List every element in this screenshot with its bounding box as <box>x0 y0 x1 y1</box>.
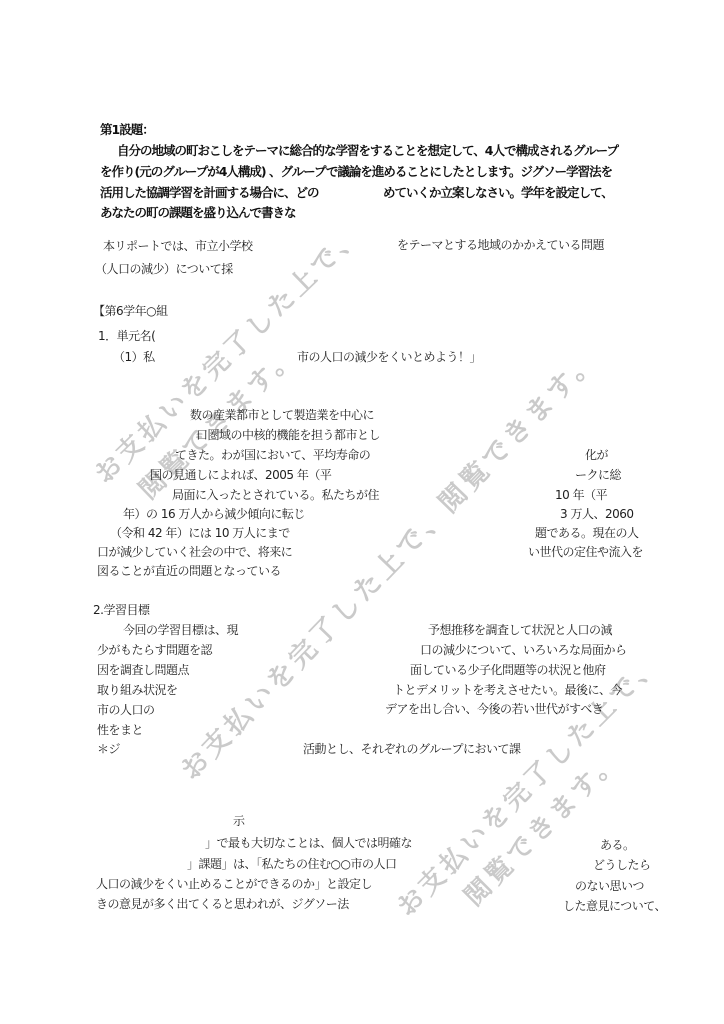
text-run: 活用した協調学習を計画する場合に、どの <box>100 184 319 201</box>
text-run: 活動とし、それぞれのグループにおいて課 <box>303 741 521 758</box>
text-run: 2.学習目標 <box>93 602 149 619</box>
text-run: 人口の減少をくい止めることができるのか」と設定し <box>96 876 372 893</box>
page-body: { "page": { "width": 724, "height": 1024… <box>0 0 724 1024</box>
text-run: した意見について、 <box>563 898 666 915</box>
text-run: 10 年（平 <box>555 487 607 504</box>
text-run: 予想推移を調査して状況と人口の減 <box>428 622 612 639</box>
text-run: デアを出し合い、今後の若い世代がすべき <box>385 701 603 718</box>
text-run: 図ることが直近の問題となっている <box>97 563 281 580</box>
text-run: 局面に入ったとされている。私たちが住 <box>172 487 379 504</box>
text-run: 化が <box>585 447 608 464</box>
text-run: 3 万人、2060 <box>560 506 634 523</box>
text-run: （1）私 <box>113 349 155 366</box>
text-run: ＊ジ <box>97 741 120 758</box>
text-run: 今回の学習目標は、現 <box>123 622 238 639</box>
text-run: めていくか立案しなさい。学年を設定して、 <box>383 184 613 201</box>
text-run: 口の減少について、いろいろな局面から <box>420 642 627 659</box>
text-run: きの意見が多く出てくると思われが、ジグソー法 <box>96 896 349 913</box>
text-run: 【第6学年○組 <box>93 303 168 320</box>
text-run: を作り(元のグループが4人構成) 、グループで議論を進めることにしたとします。ジ… <box>100 163 612 180</box>
text-run: 口圏域の中核的機能を担う都市とし <box>196 427 380 444</box>
document-page: お支払いを完了した上で、閲覧できます。お支払いを完了した上で、閲覧できます。お支… <box>0 0 724 1024</box>
text-run: 自分の地域の町おこしをテーマに総合的な学習をすることを想定して、4人で構成される… <box>117 142 618 159</box>
text-run: のない思いつ <box>575 878 644 895</box>
text-run: （令和 42 年）には 10 万人にまで <box>110 525 290 542</box>
text-run: ある。 <box>600 837 635 854</box>
text-run: 」課題」は、「私たちの住む○○市の人口 <box>187 856 396 873</box>
text-run: 題である。現在の人 <box>535 525 639 542</box>
text-run: 少がもたらす問題を認 <box>97 642 212 659</box>
text-run: 国の見通しによれば、2005 年（平 <box>150 467 331 484</box>
text-run: 第1設題： <box>100 121 154 138</box>
text-run: をテーマとする地域のかかえている問題 <box>397 237 604 254</box>
text-run: トとデメリットを考えさせたい。最後に、今 <box>393 682 622 699</box>
text-run: 取り組み状況を <box>97 682 178 699</box>
text-run: 因を調査し問題点 <box>97 662 189 679</box>
text-run: 」で最も大切なことは、個人では明確な <box>205 835 412 852</box>
text-run: 数の産業都市として製造業を中心に <box>190 407 374 424</box>
text-run: 市の人口の <box>97 702 155 719</box>
text-run: ークに総 <box>575 467 621 484</box>
text-run: 市の人口の減少をくいとめよう！」 <box>297 349 481 366</box>
text-run: 示 <box>233 813 245 830</box>
text-run: 性をまと <box>97 722 143 739</box>
document-text-layer: 第1設題：自分の地域の町おこしをテーマに総合的な学習をすることを想定して、4人で… <box>0 0 724 1024</box>
text-run: 1．単元名( <box>98 328 155 345</box>
text-run: 口が減少していく社会の中で、将来に <box>97 544 292 561</box>
text-run: 面している少子化問題等の状況と他府 <box>410 662 606 679</box>
text-run: 年）の 16 万人から減少傾向に転じ <box>123 506 305 523</box>
text-run: い世代の定住や流入を <box>528 544 643 561</box>
text-run: 本リポートでは、市立小学校 <box>103 238 253 255</box>
text-run: てきた。わが国において、平均寿命の <box>175 447 370 464</box>
text-run: どうしたら <box>593 857 651 874</box>
text-run: （人口の減少）について採 <box>95 261 233 278</box>
text-run: あなたの町の課題を盛り込んで書きな <box>100 204 296 221</box>
